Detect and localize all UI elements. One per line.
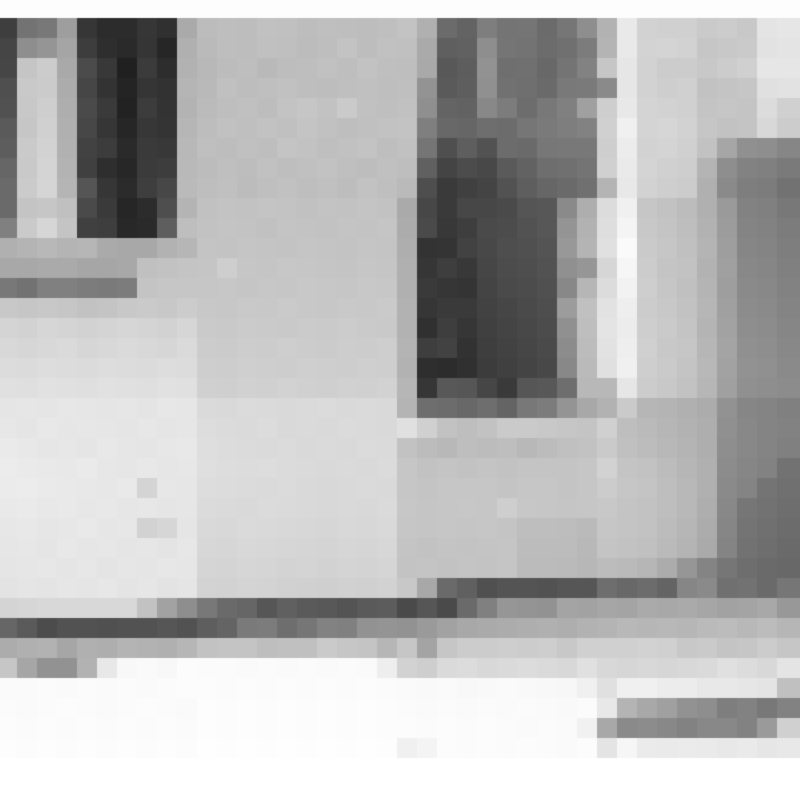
pixelated-photo	[0, 0, 800, 800]
pixelated-photo-container	[0, 0, 800, 800]
